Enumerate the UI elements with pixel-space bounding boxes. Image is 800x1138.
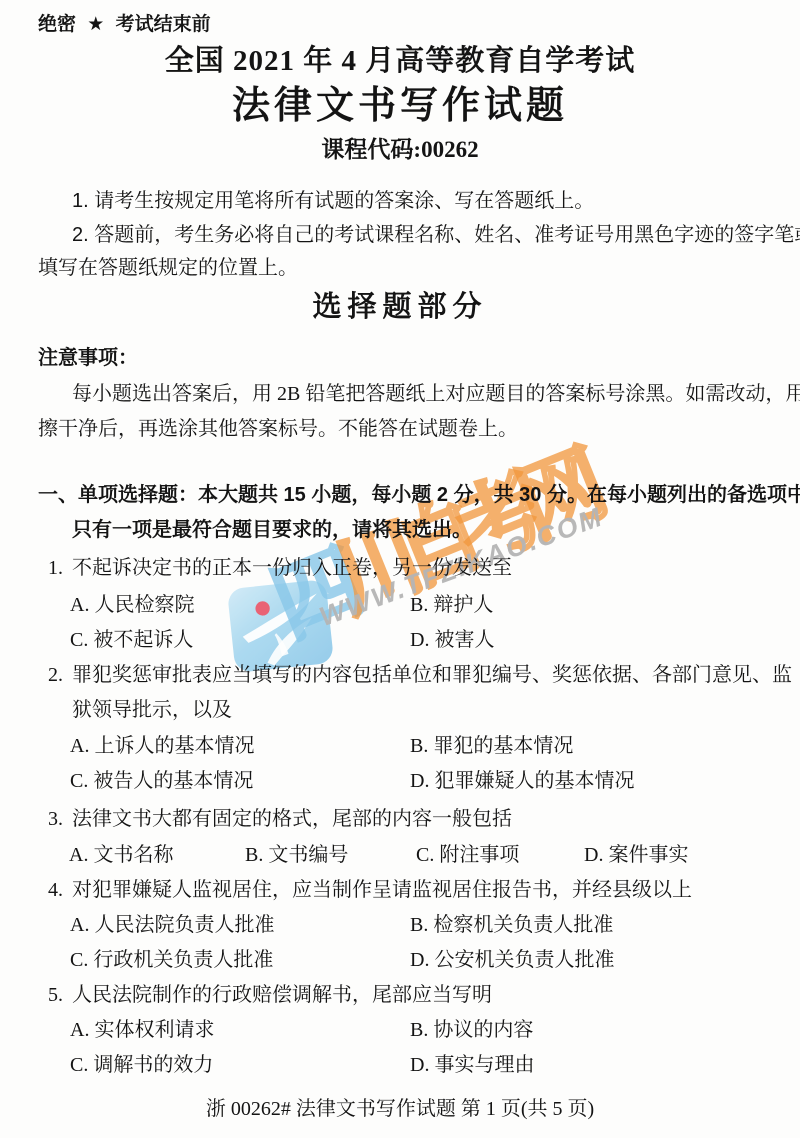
question-5-options-row2: C. 调解书的效力D. 事实与理由: [70, 1053, 534, 1077]
notice-line1: 每小题选出答案后，用 2B 铅笔把答题纸上对应题目的答案标号涂黑。如需改动，用橡…: [72, 382, 800, 406]
question-number: 4.: [48, 878, 72, 902]
watermark-brand-text: 四川自考网: [260, 441, 602, 654]
question-3-options-row: A. 文书名称B. 文书编号C. 附注事项D. 案件事实: [69, 843, 688, 867]
question-number: 3.: [48, 807, 72, 831]
question-1-stem: 1.不起诉决定书的正本一份归入正卷，另一份发送至: [48, 556, 512, 580]
watermark-char: 自: [382, 491, 479, 605]
instruction-2-line1: 2. 答题前，考生务必将自己的考试课程名称、姓名、准考证号用黑色字迹的签字笔或钢…: [72, 223, 800, 247]
option-a: A. 实体权利请求: [70, 1018, 410, 1042]
option-c: C. 调解书的效力: [70, 1053, 410, 1077]
question-2-options-row2: C. 被告人的基本情况D. 犯罪嫌疑人的基本情况: [70, 769, 634, 793]
option-b: B. 罪犯的基本情况: [410, 735, 573, 757]
question-5-stem: 5.人民法院制作的行政赔偿调解书，尾部应当写明: [48, 983, 492, 1007]
option-b: B. 文书编号: [245, 843, 416, 867]
secrecy-banner: 绝密 ★ 考试结束前: [38, 14, 211, 37]
question-text: 人民法院制作的行政赔偿调解书，尾部应当写明: [72, 984, 492, 1006]
course-code: 课程代码:00262: [0, 136, 800, 164]
question-4-options-row1: A. 人民法院负责人批准B. 检察机关负责人批准: [70, 913, 613, 937]
notice-label: 注意事项：: [38, 346, 138, 370]
option-b: B. 检察机关负责人批准: [410, 914, 613, 936]
instruction-1: 1. 请考生按规定用笔将所有试题的答案涂、写在答题纸上。: [72, 189, 594, 213]
question-number: 5.: [48, 983, 72, 1007]
option-c: C. 被不起诉人: [70, 628, 410, 652]
part1-heading-line2: 只有一项是最符合题目要求的，请将其选出。: [72, 518, 472, 542]
option-a: A. 人民检察院: [70, 593, 410, 617]
paper-title: 法律文书写作试题: [0, 84, 800, 130]
option-c: C. 被告人的基本情况: [70, 769, 410, 793]
option-d: D. 公安机关负责人批准: [410, 949, 614, 971]
exam-session-title: 全国 2021 年 4 月高等教育自学考试: [0, 44, 800, 79]
secrecy-label: 绝密: [38, 14, 76, 35]
question-number: 1.: [48, 556, 72, 580]
option-a: A. 文书名称: [69, 843, 245, 867]
question-2-stem-line1: 2.罪犯奖惩审批表应当填写的内容包括单位和罪犯编号、奖惩依据、各部门意见、监: [48, 663, 792, 687]
question-4-options-row2: C. 行政机关负责人批准D. 公安机关负责人批准: [70, 948, 614, 972]
question-5-options-row1: A. 实体权利请求B. 协议的内容: [70, 1018, 533, 1042]
page-footer: 浙 00262# 法律文书写作试题 第 1 页(共 5 页): [0, 1097, 800, 1121]
notice-line2: 擦干净后，再选涂其他答案标号。不能答在试题卷上。: [38, 417, 518, 441]
option-a: A. 上诉人的基本情况: [70, 734, 410, 758]
option-d: D. 案件事实: [584, 844, 688, 866]
question-text: 法律文书大都有固定的格式，尾部的内容一般包括: [72, 808, 512, 830]
question-text: 罪犯奖惩审批表应当填写的内容包括单位和罪犯编号、奖惩依据、各部门意见、监: [72, 664, 792, 686]
option-d: D. 被害人: [410, 629, 494, 651]
option-c: C. 行政机关负责人批准: [70, 948, 410, 972]
question-3-stem: 3.法律文书大都有固定的格式，尾部的内容一般包括: [48, 807, 512, 831]
question-1-options-row2: C. 被不起诉人D. 被害人: [70, 628, 494, 652]
option-c: C. 附注事项: [416, 843, 584, 867]
question-text: 不起诉决定书的正本一份归入正卷，另一份发送至: [72, 557, 512, 579]
question-text: 对犯罪嫌疑人监视居住，应当制作呈请监视居住报告书，并经县级以上: [72, 879, 692, 901]
star-icon: ★: [87, 14, 104, 35]
question-2-stem-line2: 狱领导批示，以及: [72, 698, 232, 722]
instruction-2-line2: 填写在答题纸规定的位置上。: [38, 256, 298, 280]
option-d: D. 犯罪嫌疑人的基本情况: [410, 770, 634, 792]
option-d: D. 事实与理由: [410, 1054, 534, 1076]
question-2-options-row1: A. 上诉人的基本情况B. 罪犯的基本情况: [70, 734, 573, 758]
option-b: B. 协议的内容: [410, 1019, 533, 1041]
option-a: A. 人民法院负责人批准: [70, 913, 410, 937]
section-heading: 选择题部分: [0, 290, 800, 325]
question-4-stem: 4.对犯罪嫌疑人监视居住，应当制作呈请监视居住报告书，并经县级以上: [48, 878, 692, 902]
option-b: B. 辩护人: [410, 594, 493, 616]
exam-paper-page: 四川自考网 WWW.TFZIKAO.COM 绝密 ★ 考试结束前 全国 2021…: [0, 0, 800, 1138]
timing-label: 考试结束前: [116, 14, 211, 35]
part1-heading-line1: 一、单项选择题：本大题共 15 小题，每小题 2 分，共 30 分。在每小题列出…: [38, 483, 800, 507]
question-number: 2.: [48, 663, 72, 687]
question-1-options-row1: A. 人民检察院B. 辩护人: [70, 593, 493, 617]
